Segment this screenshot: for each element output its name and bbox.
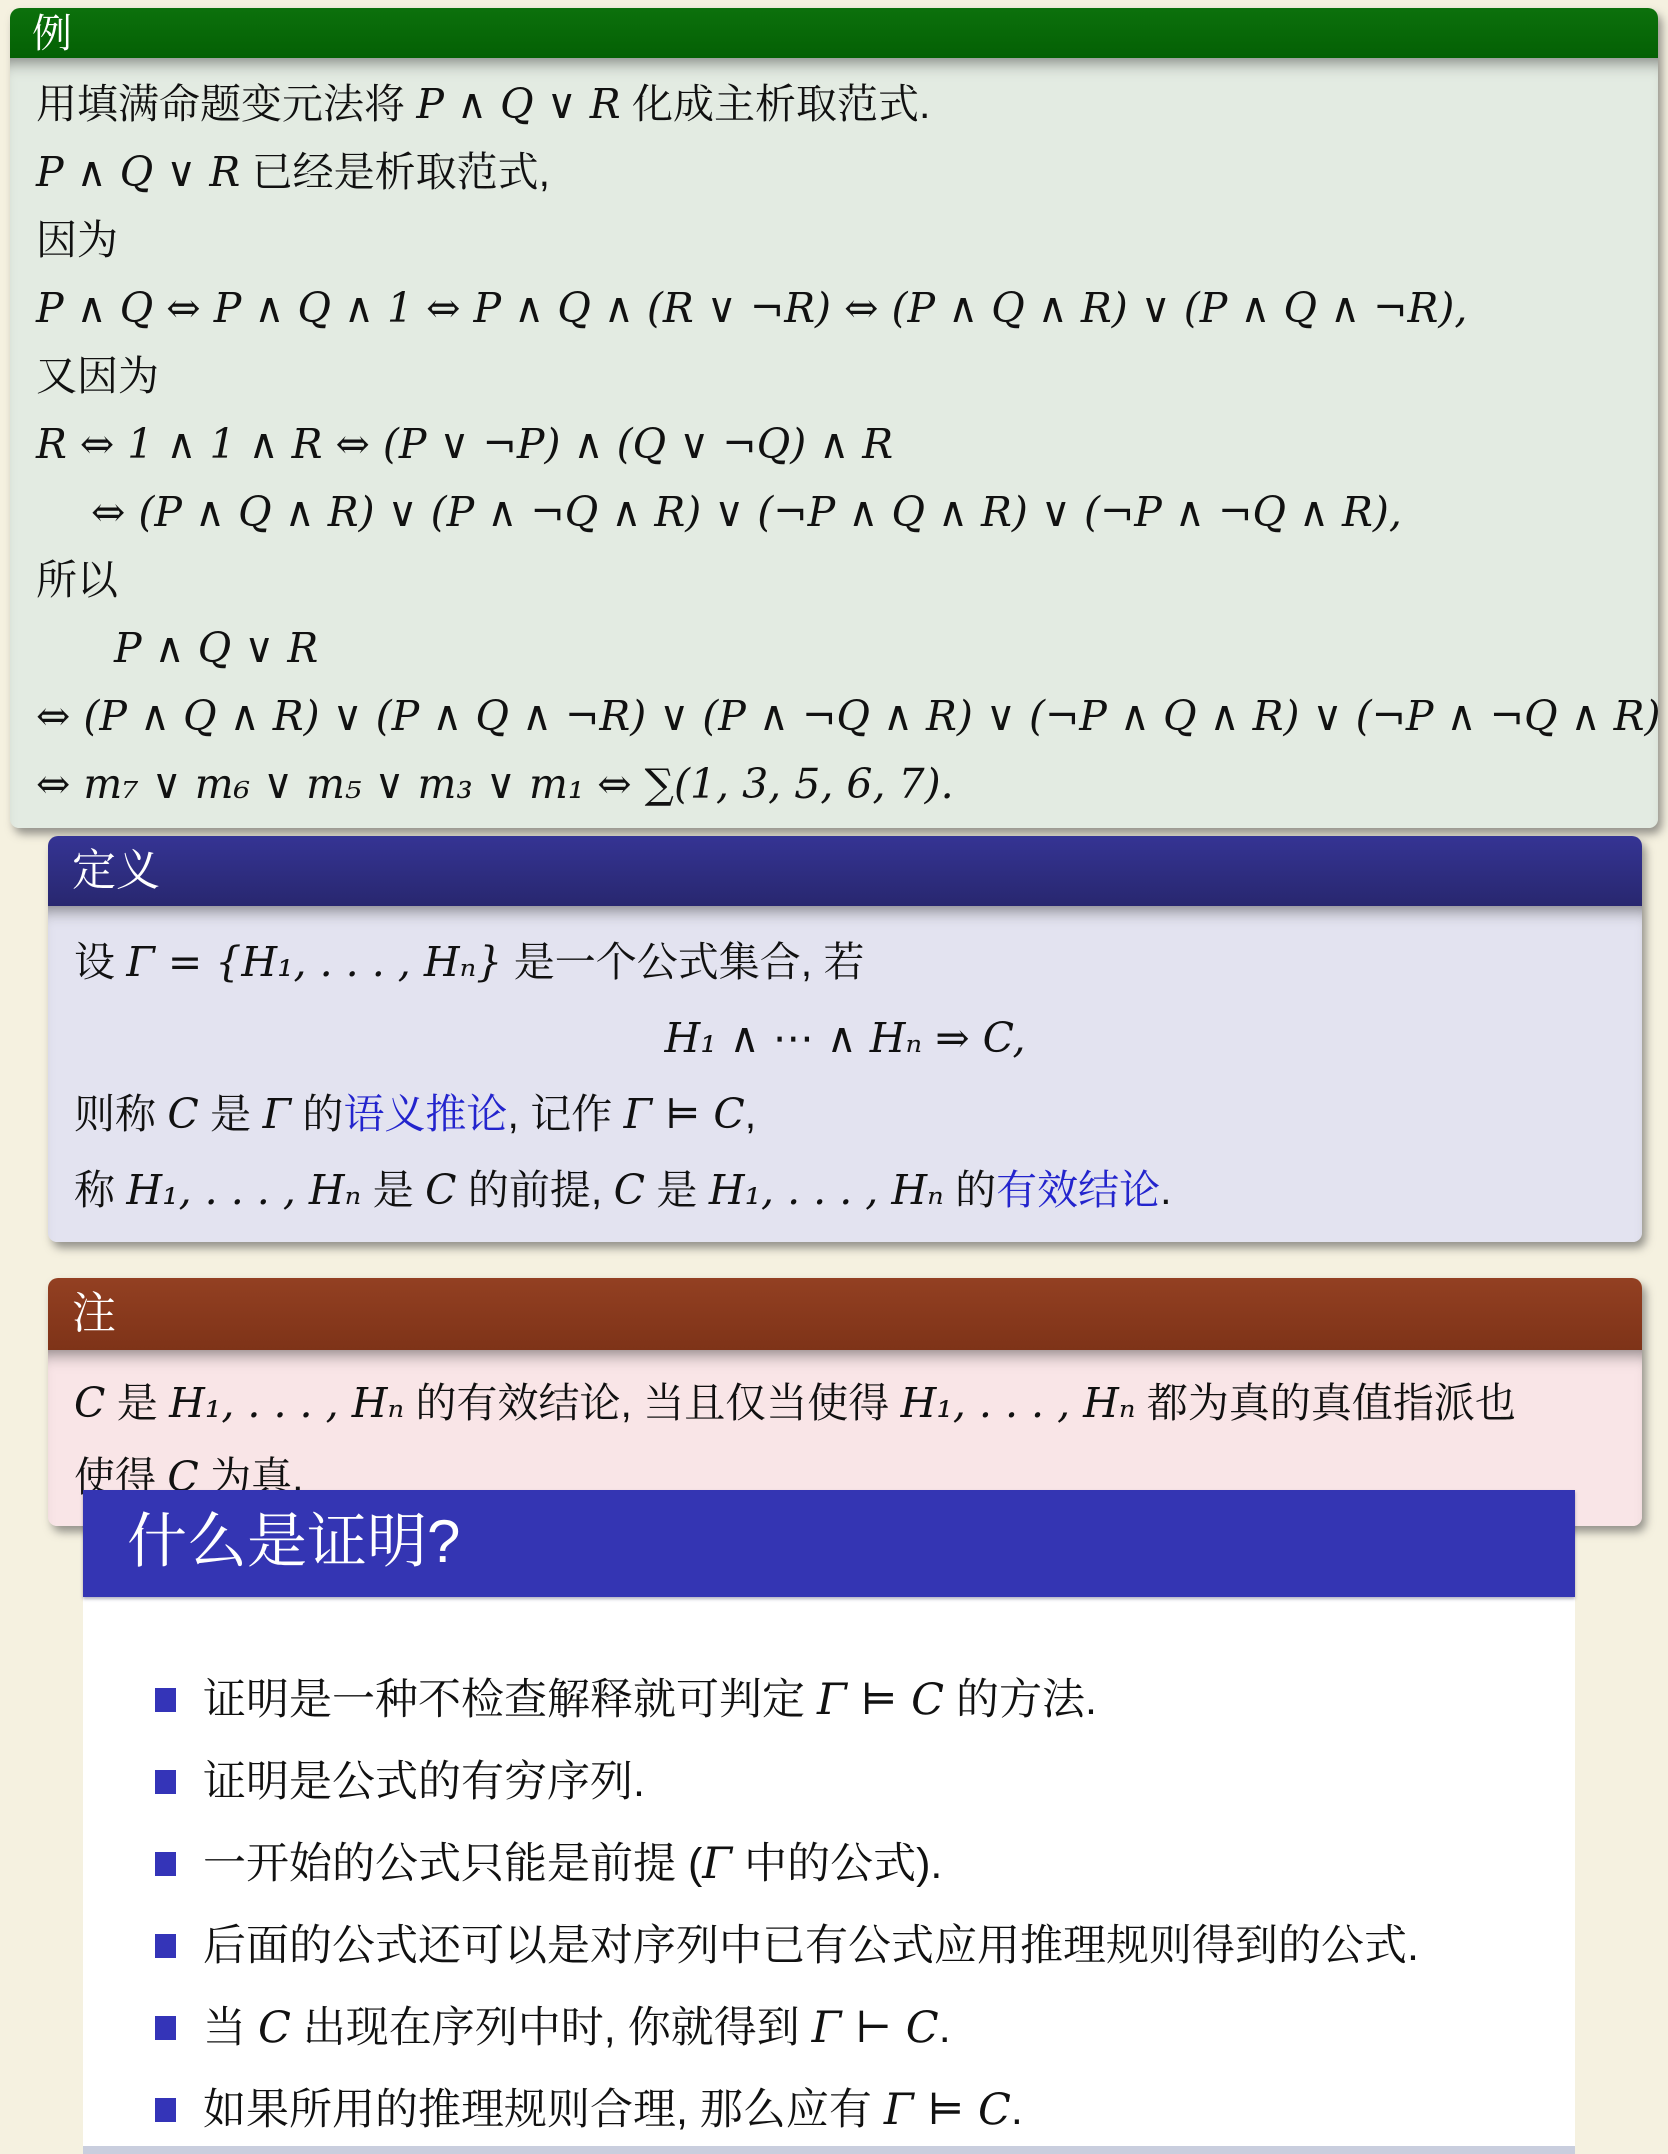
next-block-edge (83, 2146, 1575, 2154)
text-run: Γ (702, 1839, 732, 1889)
text-run: 是 (105, 1380, 169, 1426)
text-run: 化成主析取范式. (621, 81, 931, 127)
example-block-title: 例 (32, 12, 72, 56)
text-run: H₁, . . . , Hₙ (709, 1166, 944, 1214)
text-run: H₁, . . . , Hₙ (901, 1379, 1136, 1427)
text-run: . (939, 2004, 951, 2052)
text-run: 如果所用的推理规则合理, 那么应有 (203, 2086, 884, 2134)
text-run: 的有效结论, 当且仅当使得 (404, 1380, 901, 1426)
definition-block: 定义 设 Γ = {H₁, . . . , Hₙ} 是一个公式集合, 若H₁ ∧… (48, 836, 1642, 1242)
text-run: 则称 (74, 1091, 167, 1137)
example-text-line: ⇔ (P ∧ Q ∧ R) ∨ (P ∧ Q ∧ ¬R) ∨ (P ∧ ¬Q ∧… (36, 682, 1632, 750)
example-text-line: 所以 (36, 546, 1632, 614)
note-block-header: 注 (48, 1278, 1642, 1350)
text-run: 已经是析取范式, (240, 149, 550, 195)
text-run: Γ ⊨ C (884, 2085, 1011, 2135)
proof-section-title-bar: 什么是证明? (83, 1490, 1575, 1597)
example-text-line: P ∧ Q ⇔ P ∧ Q ∧ 1 ⇔ P ∧ Q ∧ (R ∨ ¬R) ⇔ (… (36, 274, 1632, 342)
text-run: 所以 (36, 557, 118, 603)
definition-text-line: 则称 C 是 Γ 的语义推论, 记作 Γ ⊨ C, (74, 1076, 1616, 1152)
text-run: 又因为 (36, 353, 159, 399)
text-run: 证明是一种不检查解释就可判定 (203, 1676, 817, 1724)
definition-block-title: 定义 (72, 846, 160, 895)
text-run: Γ ⊢ C (812, 2003, 939, 2053)
text-run: 称 (74, 1167, 126, 1213)
bullet-square-icon (155, 2016, 176, 2040)
text-run: Γ = {H₁, . . . , Hₙ} (126, 938, 502, 986)
text-run: C (167, 1090, 198, 1138)
text-run: 中的公式). (732, 1840, 942, 1888)
proof-bullet-item: 后面的公式还可以是对序列中已有公式应用推理规则得到的公式. (155, 1905, 1575, 1987)
example-text-line: P ∧ Q ∨ R 已经是析取范式, (36, 138, 1632, 206)
note-text-line: C 是 H₁, . . . , Hₙ 的有效结论, 当且仅当使得 H₁, . .… (74, 1366, 1616, 1440)
proof-bullet-list: 证明是一种不检查解释就可判定 Γ ⊨ C 的方法.证明是公式的有穷序列.一开始的… (83, 1597, 1575, 2151)
text-run: 是 (199, 1091, 263, 1137)
text-run: C (74, 1379, 105, 1427)
proof-bullet-item: 如果所用的推理规则合理, 那么应有 Γ ⊨ C. (155, 2069, 1575, 2151)
text-run: 的 (291, 1091, 343, 1137)
example-block-header: 例 (10, 8, 1658, 58)
note-block: 注 C 是 H₁, . . . , Hₙ 的有效结论, 当且仅当使得 H₁, .… (48, 1278, 1642, 1526)
note-block-title: 注 (72, 1289, 116, 1338)
text-run: P ∧ Q ∨ R (114, 624, 318, 672)
text-run: , (745, 1091, 756, 1137)
text-run: 当 (203, 2004, 258, 2052)
text-run: H₁, . . . , Hₙ (126, 1166, 361, 1214)
bullet-square-icon (155, 1770, 176, 1794)
text-run: ⇔ (P ∧ Q ∧ R) ∨ (P ∧ ¬Q ∧ R) ∨ (¬P ∧ Q ∧… (91, 488, 1402, 536)
text-run: Γ ⊨ C (624, 1090, 745, 1138)
text-run: C (614, 1166, 645, 1214)
text-run: P ∧ Q ∨ R (36, 148, 240, 196)
text-run: C (425, 1166, 456, 1214)
text-run: 证明是公式的有穷序列. (203, 1758, 645, 1806)
text-run: 后面的公式还可以是对序列中已有公式应用推理规则得到的公式. (203, 1922, 1419, 1970)
text-run: . (1011, 2086, 1023, 2134)
text-run: 因为 (36, 217, 118, 263)
example-block-body: 用填满命题变元法将 P ∧ Q ∨ R 化成主析取范式.P ∧ Q ∨ R 已经… (10, 58, 1658, 828)
text-run: 的前提, (456, 1167, 613, 1213)
example-block: 例 用填满命题变元法将 P ∧ Q ∨ R 化成主析取范式.P ∧ Q ∨ R … (10, 8, 1658, 828)
text-run: P ∧ Q ⇔ P ∧ Q ∧ 1 ⇔ P ∧ Q ∧ (R ∨ ¬R) ⇔ (… (36, 284, 1467, 332)
slide-page: 例 用填满命题变元法将 P ∧ Q ∨ R 化成主析取范式.P ∧ Q ∨ R … (0, 8, 1668, 1526)
text-run: 一开始的公式只能是前提 ( (203, 1840, 702, 1888)
text-run: 的 (944, 1167, 996, 1213)
text-run: 语义推论 (343, 1091, 507, 1137)
text-run: H₁, . . . , Hₙ (169, 1379, 404, 1427)
text-run: 是一个公式集合, 若 (502, 939, 864, 985)
text-run: 设 (74, 939, 126, 985)
bullet-square-icon (155, 1852, 176, 1876)
definition-block-body: 设 Γ = {H₁, . . . , Hₙ} 是一个公式集合, 若H₁ ∧ ⋯ … (48, 906, 1642, 1242)
example-text-line: 因为 (36, 206, 1632, 274)
text-run: , 记作 (507, 1091, 623, 1137)
bullet-square-icon (155, 1688, 176, 1712)
text-run: 出现在序列中时, 你就得到 (291, 2004, 812, 2052)
text-run: 是 (645, 1167, 709, 1213)
text-run: 都为真的真值指派也 (1136, 1380, 1516, 1426)
definition-text-line: 称 H₁, . . . , Hₙ 是 C 的前提, C 是 H₁, . . . … (74, 1152, 1616, 1228)
example-text-line: ⇔ (P ∧ Q ∧ R) ∨ (P ∧ ¬Q ∧ R) ∨ (¬P ∧ Q ∧… (36, 478, 1632, 546)
proof-bullet-item: 证明是公式的有穷序列. (155, 1741, 1575, 1823)
text-run: Γ ⊨ C (817, 1675, 944, 1725)
text-run: ⇔ (P ∧ Q ∧ R) ∨ (P ∧ Q ∧ ¬R) ∨ (P ∧ ¬Q ∧… (36, 692, 1661, 740)
example-text-line: ⇔ m₇ ∨ m₆ ∨ m₅ ∨ m₃ ∨ m₁ ⇔ ∑(1, 3, 5, 6,… (36, 750, 1632, 818)
definition-text-line: 设 Γ = {H₁, . . . , Hₙ} 是一个公式集合, 若 (74, 924, 1616, 1000)
text-run: P ∧ Q ∨ R (416, 80, 620, 128)
text-run: 用填满命题变元法将 (36, 81, 416, 127)
example-text-line: P ∧ Q ∨ R (36, 614, 1632, 682)
proof-bullet-item: 一开始的公式只能是前提 (Γ 中的公式). (155, 1823, 1575, 1905)
text-run: . (1160, 1167, 1171, 1213)
text-run: 的方法. (944, 1676, 1097, 1724)
text-run: Γ (263, 1090, 291, 1138)
proof-bullet-item: 证明是一种不检查解释就可判定 Γ ⊨ C 的方法. (155, 1659, 1575, 1741)
example-text-line: 又因为 (36, 342, 1632, 410)
bullet-square-icon (155, 1934, 176, 1958)
proof-section-title: 什么是证明? (127, 1508, 460, 1575)
bullet-square-icon (155, 2098, 176, 2122)
definition-text-line: H₁ ∧ ⋯ ∧ Hₙ ⇒ C, (74, 1000, 1616, 1076)
example-text-line: 用填满命题变元法将 P ∧ Q ∨ R 化成主析取范式. (36, 70, 1632, 138)
text-run: R ⇔ 1 ∧ 1 ∧ R ⇔ (P ∨ ¬P) ∧ (Q ∨ ¬Q) ∧ R (36, 420, 893, 468)
proof-bullet-item: 当 C 出现在序列中时, 你就得到 Γ ⊢ C. (155, 1987, 1575, 2069)
text-run: H₁ ∧ ⋯ ∧ Hₙ ⇒ C, (664, 1014, 1025, 1062)
proof-section: 什么是证明? 证明是一种不检查解释就可判定 Γ ⊨ C 的方法.证明是公式的有穷… (83, 1490, 1575, 2154)
text-run: ⇔ m₇ ∨ m₆ ∨ m₅ ∨ m₃ ∨ m₁ ⇔ ∑(1, 3, 5, 6,… (36, 760, 954, 808)
text-run: 有效结论 (996, 1167, 1160, 1213)
example-text-line: R ⇔ 1 ∧ 1 ∧ R ⇔ (P ∨ ¬P) ∧ (Q ∨ ¬Q) ∧ R (36, 410, 1632, 478)
definition-block-header: 定义 (48, 836, 1642, 906)
text-run: 是 (361, 1167, 425, 1213)
text-run: C (258, 2003, 291, 2053)
